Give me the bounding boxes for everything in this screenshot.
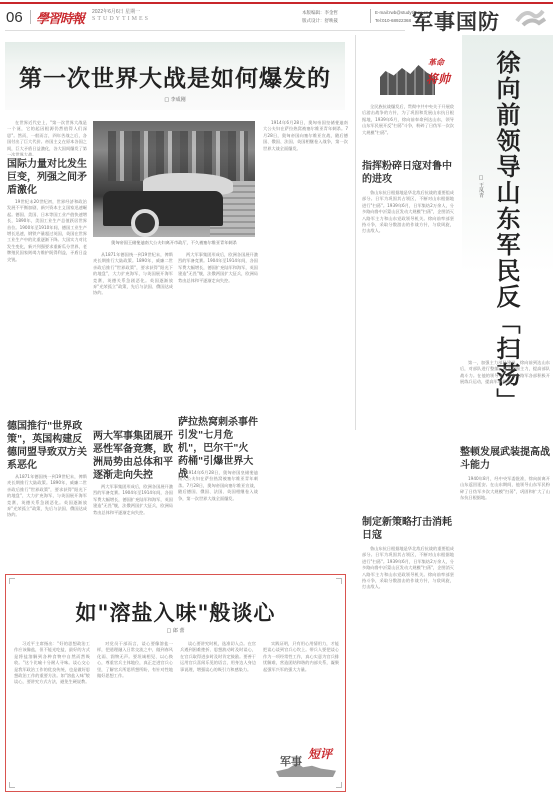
photo-car-wheel	[131, 209, 159, 237]
main-article-header: 第一次世界大战是如何爆发的 □ 李成刚	[5, 42, 345, 110]
sidebar-intro-text: 全民族抗战爆发后，贯彻中共中央关于开展敌后游击战争的方针，为了巩固和发展山东抗日…	[362, 104, 454, 158]
photo-caption: 奥匈帝国王储斐迪南大公夫妇离开市政厅，不久被塞尔维亚青年刺杀	[93, 240, 255, 246]
main-body-col-3: 两大军事集团形成后，欧洲各国展开激烈的军备竞赛。1904年至1914年间，各国军…	[178, 252, 258, 414]
editorial-col-2: 对党员干部而言，谈心要像溶盐一样，把道理融入日常交流之中，做到春风化雨、润物无声…	[97, 641, 173, 785]
sidebar-subhead-2: 整顿发展武装提高战斗能力	[460, 446, 550, 472]
main-body-col-1b: 从1871年德国统一到19世纪末，俾斯麦长期推行大陆政策。1890年，威廉二世亲…	[7, 474, 87, 564]
header-rule	[5, 30, 405, 31]
sidebar-body-col-3: 1940年8月，经中央军委批准，徐向前离开山东返回延安。在山东期间，他领导山东军…	[460, 476, 550, 786]
logo-text-commentary: 短评	[308, 745, 332, 762]
sidebar-subhead-3: 制定新策略打击消耗日寇	[362, 516, 454, 542]
editorial-box: 如"溶盐入味"般谈心 □ 郎 蕾 习近平主席指出："好的思想政治工作应该像盐，但…	[5, 574, 346, 792]
revolutionary-generals-banner: 革命 将帅	[380, 55, 458, 100]
page-number: 06	[6, 9, 23, 26]
designer-name: 舒映筱	[325, 18, 339, 23]
main-body-col-3b: 1914年6月28日，奥匈帝国皇储斐迪南大公夫妇在萨拉热窝被塞尔维亚青年刺杀。7…	[178, 470, 258, 564]
designer-label: 版式设计：	[302, 18, 325, 23]
main-article-byline: □ 李成刚	[5, 96, 345, 103]
editorial-col-3: 谈心要讲究时机，选准切入点。在官兵遇到困难挫折、思想波动时及时谈心，在官兵取得进…	[180, 641, 256, 785]
editor-name: 李金哲	[325, 10, 339, 15]
masthead: 06 學習時報 2022年6月6日 星期一 STUDYTIMES 本版编辑：李金…	[0, 4, 553, 28]
sidebar-body-col-2: 第一，加强主力部队建设。徐向前到达山东后，对部队进行整编，充实加强主力，提高部队…	[460, 360, 550, 440]
paper-english-name: STUDYTIMES	[92, 16, 150, 22]
editor-info: 本版编辑：李金哲 版式设计：舒映筱	[302, 9, 338, 25]
editorial-col-4: 实践证明，只有用心用情用力，才能把谈心谈到官兵心坎上。带兵人要把谈心作为一项经常…	[263, 641, 339, 741]
sidebar-article-byline: □ 王凤青	[478, 175, 485, 198]
corner-mark	[336, 578, 342, 584]
main-subhead-3: 两大军事集团展开恶性军备竞赛，欧洲局势由总体和平逐渐走向失控	[93, 430, 173, 482]
military-commentary-logo: 军事 短评	[276, 745, 341, 785]
sidebar-body-col-1: 鲁山东抗日根据地是华北敌后抗战的重要组成部分。日军为巩固其占领区，不断对山东根据…	[362, 190, 454, 460]
editor-label: 本版编辑：	[302, 10, 325, 15]
editorial-col-1: 习近平主席指出："好的思想政治工作应该像盐，但不能光吃盐，最好的方式是将盐溶解到…	[14, 641, 90, 785]
banner-text-large: 将帅	[426, 70, 450, 87]
banner-text-small: 革命	[428, 57, 444, 68]
divider	[30, 10, 31, 24]
main-body-col-1: 19世纪末20世纪初，世界经济和政治发展不平衡加剧，新兴资本主义国家迅速崛起。德…	[7, 199, 87, 367]
corner-mark	[9, 578, 15, 584]
main-subhead-1: 国际力量对比发生巨变，列强之间矛盾激化	[7, 158, 87, 197]
section-logo-icon	[515, 7, 547, 27]
editorial-byline: □ 郎 蕾	[6, 627, 345, 634]
article-photo	[93, 121, 255, 237]
editorial-title: 如"溶盐入味"般谈心	[6, 597, 345, 627]
section-title: 军事国防	[412, 6, 500, 36]
main-body-col-4: 1914年6月28日，奥匈帝国皇储斐迪南大公夫妇在萨拉热窝被塞尔维亚青年刺杀。7…	[263, 120, 348, 564]
issue-date: 2022年6月6日 星期一	[92, 8, 140, 15]
photo-car-body	[103, 191, 223, 226]
main-body-col-2b: 两大军事集团形成后，欧洲各国展开激烈的军备竞赛。1904年至1914年间，各国军…	[93, 484, 173, 564]
paper-logo: 學習時報	[36, 8, 84, 27]
main-article-title: 第一次世界大战是如何爆发的	[5, 60, 345, 93]
logo-text-military: 军事	[280, 753, 302, 769]
sidebar-body-col-4: 鲁山东抗日根据地是华北敌后抗战的重要组成部分。日军为巩固其占领区，不断对山东根据…	[362, 546, 454, 786]
sidebar-subhead-1: 指挥粉碎日寇对鲁中的进攻	[362, 160, 454, 186]
main-body-col-2: 从1871年德国统一到19世纪末，俾斯麦长期推行大陆政策。1890年，威廉二世亲…	[93, 252, 173, 420]
main-subhead-2: 德国推行"世界政策"，英国构建反德同盟导致双方关系恶化	[7, 420, 87, 472]
sidebar-divider	[355, 35, 356, 430]
main-intro-text: 在世界近代史上，"第一次世界大战是一个谜，它的起因根源仍然值得人们深思"。然而，…	[7, 120, 87, 156]
divider	[370, 9, 371, 23]
